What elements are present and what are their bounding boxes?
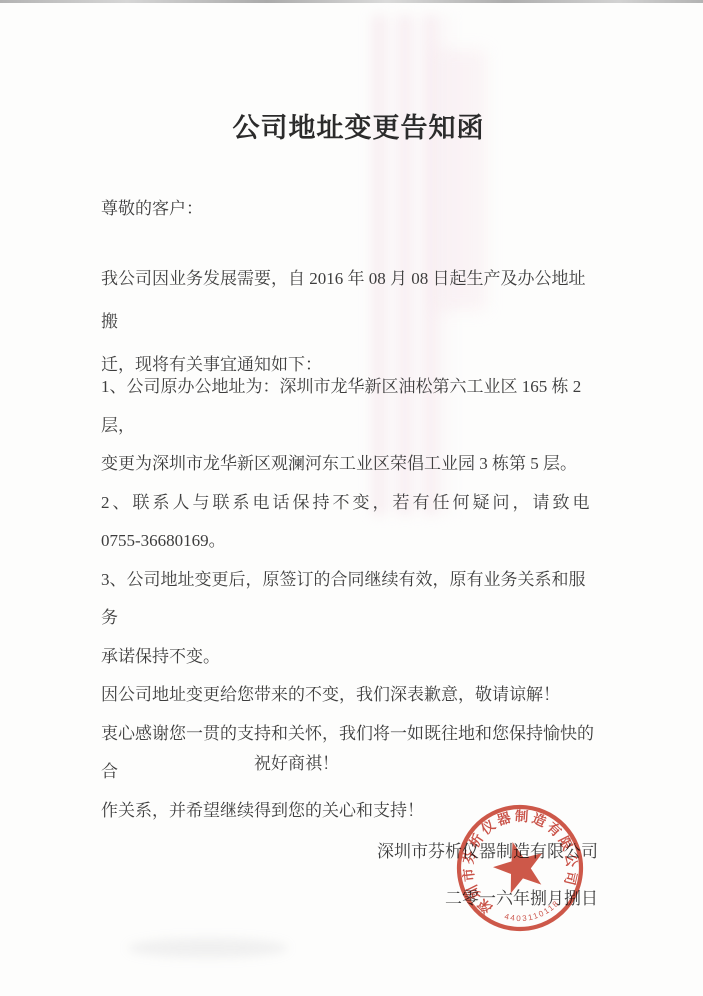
intro-paragraph: 我公司因业务发展需要，自 2016 年 08 月 08 日起生产及办公地址搬 迁…: [101, 257, 601, 386]
closing-line: 祝好商祺！: [254, 749, 339, 774]
notice-item-3-line: 3、公司地址变更后，原签订的合同继续有效，原有业务关系和服务: [101, 561, 601, 638]
scanned-letter-page: 公司地址变更告知函 尊敬的客户： 我公司因业务发展需要，自 2016 年 08 …: [0, 0, 703, 996]
seal-number-text: 4403110118: [501, 897, 563, 930]
notice-item-2-line: 0755-36680169。: [101, 522, 601, 561]
notice-items: 1、公司原办公地址为：深圳市龙华新区油松第六工业区 165 栋 2 层， 变更为…: [101, 368, 601, 830]
notice-item-3-line: 承诺保持不变。: [101, 638, 601, 677]
scan-edge-line: [0, 0, 703, 3]
notice-item-1-line: 1、公司原办公地址为：深圳市龙华新区油松第六工业区 165 栋 2 层，: [101, 368, 601, 445]
notice-item-1-line: 变更为深圳市龙华新区观澜河东工业区荣倡工业园 3 栋第 5 层。: [101, 445, 601, 484]
intro-line: 我公司因业务发展需要，自 2016 年 08 月 08 日起生产及办公地址搬: [101, 257, 601, 343]
greeting-line: 尊敬的客户：: [101, 194, 203, 219]
letter-title: 公司地址变更告知函: [0, 106, 703, 145]
apology-line: 因公司地址变更给您带来的不变，我们深表歉意，敬请谅解！: [101, 676, 601, 715]
seal-star-icon: [488, 835, 551, 896]
company-seal: 深圳市芬析仪器制造有限公司 4403110118: [425, 773, 615, 963]
notice-item-2-line: 2、联系人与联系电话保持不变，若有任何疑问，请致电: [101, 484, 601, 523]
scan-artifact-smudge: [128, 938, 288, 958]
